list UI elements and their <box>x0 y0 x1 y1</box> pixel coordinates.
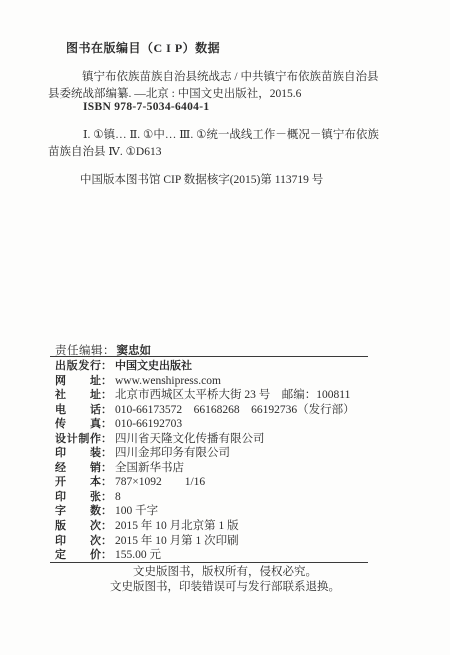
colophon-row: 印装：四川金邦印务有限公司 <box>55 446 355 461</box>
colophon-row: 经销：全国新华书店 <box>55 461 355 476</box>
colophon-row: 版次：2015 年 10 月北京第 1 版 <box>55 519 355 534</box>
row-value: 2015 年 10 月第 1 次印刷 <box>115 535 239 547</box>
colophon-row: 印张：8 <box>55 490 355 505</box>
row-colon: ： <box>101 433 112 445</box>
row-colon: ： <box>101 404 112 416</box>
row-value: 100 千字 <box>115 505 158 517</box>
row-value: 8 <box>115 491 121 503</box>
row-label: 网址 <box>55 374 101 389</box>
colophon-row: 定价：155.00 元 <box>55 548 355 563</box>
row-value: 中国文史出版社 <box>115 360 192 372</box>
row-label: 电话 <box>55 403 101 418</box>
colophon-row: 开本：787×1092 1/16 <box>55 475 355 490</box>
cip-description-line2: 县委统战部编纂. —北京 : 中国文史出版社，2015.6 <box>48 85 301 101</box>
row-colon: ： <box>101 476 112 488</box>
row-colon: ： <box>101 447 112 459</box>
row-colon: ： <box>101 549 112 561</box>
cip-record-number: 中国版本图书馆 CIP 数据核字(2015)第 113719 号 <box>80 171 323 187</box>
row-colon: ： <box>101 535 112 547</box>
row-label: 印次 <box>55 534 101 549</box>
row-value: 四川省天隆文化传播有限公司 <box>115 433 265 445</box>
colophon-row: 字数：100 千字 <box>55 504 355 519</box>
row-value: 2015 年 10 月北京第 1 版 <box>115 520 239 532</box>
row-value: www.wenshipress.com <box>115 375 221 387</box>
divider-bottom <box>50 562 368 563</box>
row-label: 印张 <box>55 490 101 505</box>
row-label: 版次 <box>55 519 101 534</box>
row-value: 全国新华书店 <box>115 462 184 474</box>
row-colon: ： <box>101 389 112 401</box>
row-value: 四川金邦印务有限公司 <box>115 447 230 459</box>
row-value: 155.00 元 <box>115 549 161 561</box>
colophon-row: 社址：北京市西城区太平桥大街 23 号 邮编：100811 <box>55 388 355 403</box>
row-value: 787×1092 1/16 <box>115 476 205 488</box>
row-value: 010-66192703 <box>115 418 182 430</box>
row-label: 传真 <box>55 417 101 432</box>
colophon-row: 设计制作：四川省天隆文化传播有限公司 <box>55 432 355 447</box>
colophon-row: 网址：www.wenshipress.com <box>55 374 355 389</box>
row-label: 印装 <box>55 446 101 461</box>
row-label: 社址 <box>55 388 101 403</box>
colophon-row: 传真：010-66192703 <box>55 417 355 432</box>
row-label: 字数 <box>55 504 101 519</box>
row-value: 010-66173572 66168268 66192736（发行部） <box>115 404 355 416</box>
colophon-row: 印次：2015 年 10 月第 1 次印刷 <box>55 534 355 549</box>
row-colon: ： <box>101 360 112 372</box>
row-colon: ： <box>101 462 112 474</box>
row-label: 开本 <box>55 475 101 490</box>
colophon-row: 电话：010-66173572 66168268 66192736（发行部） <box>55 403 355 418</box>
divider-top <box>50 356 368 357</box>
row-label: 经销 <box>55 461 101 476</box>
row-label: 设计制作 <box>55 432 101 447</box>
row-colon: ： <box>101 491 112 503</box>
notice-line: 文史版图书，版权所有，侵权必究。 <box>0 565 450 580</box>
row-colon: ： <box>101 520 112 532</box>
copyright-page: 图书在版编目（C I P）数据 镇宁布依族苗族自治县统战志 / 中共镇宁布依族苗… <box>0 0 450 655</box>
cip-classification-line2: 苗族自治县 Ⅳ. ①D613 <box>48 143 161 159</box>
cip-description-line1: 镇宁布依族苗族自治县统战志 / 中共镇宁布依族苗族自治县 <box>82 68 378 84</box>
row-label: 出版发行 <box>55 359 101 374</box>
colophon-row: 出版发行：中国文史出版社 <box>55 359 355 374</box>
row-label: 定价 <box>55 548 101 563</box>
row-value: 北京市西城区太平桥大街 23 号 邮编：100811 <box>115 389 350 401</box>
row-colon: ： <box>101 505 112 517</box>
row-colon: ： <box>101 375 112 387</box>
isbn-number: ISBN 978-7-5034-6404-1 <box>83 101 209 113</box>
row-colon: ： <box>101 418 112 430</box>
colophon-rows: 出版发行：中国文史出版社 网址：www.wenshipress.com 社址：北… <box>55 359 355 563</box>
cip-classification-line1: Ⅰ. ①镇… Ⅱ. ①中… Ⅲ. ①统一战线工作－概况－镇宁布依族 <box>83 126 379 142</box>
cip-header: 图书在版编目（C I P）数据 <box>66 39 220 56</box>
copyright-notices: 文史版图书，版权所有，侵权必究。 文史版图书，印装错误可与发行部联系退换。 <box>0 565 450 594</box>
notice-line: 文史版图书，印装错误可与发行部联系退换。 <box>0 580 450 595</box>
